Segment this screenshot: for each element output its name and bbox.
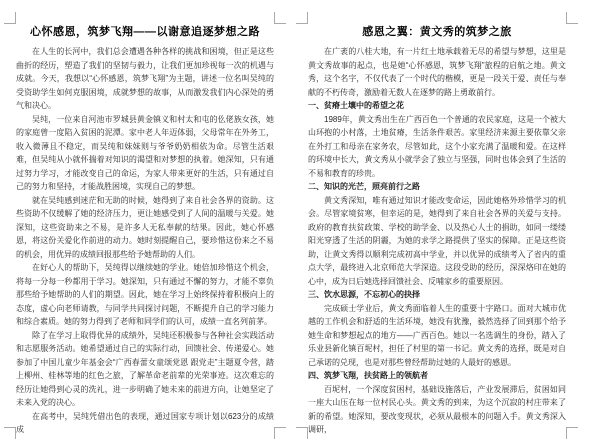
- page-1-body: 在人生的长河中，我们总会遭遇各种各样的挑战和困境，但正是这些曲折的经历，塑造了我…: [16, 45, 274, 437]
- section-heading-2: 二、知识的光芒，照亮前行之路: [308, 180, 566, 194]
- paragraph: 百坭村，一个深度贫困村，基础设施落后，产业发展滞后，贫困如同一座大山压在每一位村…: [308, 383, 566, 437]
- section-heading-3: 三、饮水思源，不忘初心的抉择: [308, 288, 566, 302]
- paragraph: 在好心人的帮助下，吴纯得以继续她的学业。她倍加珍惜这个机会，将每一分每一秒都用于…: [16, 261, 274, 329]
- paragraph: 在广袤的八桂大地，有一片红土地承载着无尽的希望与梦想，这里是黄文秀故事的起点，也…: [308, 45, 566, 99]
- paragraph: 除了在学习上取得优异的成绩外，吴纯还积极参与各种社会实践活动和志愿服务活动。她希…: [16, 329, 274, 410]
- paragraph: 完成硕士学业后，黄文秀面临着人生的重要十字路口。面对大城市优越的工作机会和舒适的…: [308, 302, 566, 370]
- document-canvas: { "left_page": { "title": "心怀感恩，筑梦飞翔——以谢…: [0, 0, 600, 448]
- page-2: 感恩之翼：黄文秀的筑梦之旅 在广袤的八桂大地，有一片红土地承载着无尽的希望与梦想…: [308, 24, 566, 426]
- paragraph: 黄文秀深知，唯有通过知识才能改变命运，因此她格外珍惜学习的机会。尽管家境贫寒，但…: [308, 194, 566, 289]
- page-1-title: 心怀感恩，筑梦飞翔——以谢意追逐梦想之路: [16, 24, 274, 40]
- paragraph: 在人生的长河中，我们总会遭遇各种各样的挑战和困境，但正是这些曲折的经历，塑造了我…: [16, 45, 274, 113]
- page-1: 心怀感恩，筑梦飞翔——以谢意追逐梦想之路 在人生的长河中，我们总会遭遇各种各样的…: [16, 24, 274, 426]
- paragraph: 在高考中，吴纯凭借出色的表现，通过国家专项计划以623分的成绩成: [16, 410, 274, 437]
- margin-mark-top-left-icon: [4, 12, 16, 24]
- margin-mark-top-right-icon: [274, 12, 286, 24]
- page-2-body: 在广袤的八桂大地，有一片红土地承载着无尽的希望与梦想，这里是黄文秀故事的起点，也…: [308, 45, 566, 437]
- section-heading-4: 四、筑梦飞翔，扶贫路上的领航者: [308, 369, 566, 383]
- margin-mark-top-left-icon: [296, 12, 308, 24]
- paragraph: 吴纯，一位来自河池市罗城县黄金镇义和村太和屯的仫佬族女孩，她的家庭曾一度陷入贫困…: [16, 113, 274, 194]
- margin-mark-bottom-left-icon: [296, 427, 308, 439]
- paragraph: 就在吴纯感到迷茫和无助的时候，她得到了来自社会各界的资助。这些资助不仅缓解了她的…: [16, 194, 274, 262]
- margin-mark-bottom-right-icon: [566, 427, 578, 439]
- margin-mark-bottom-right-icon: [274, 427, 286, 439]
- paragraph: 1989年，黄文秀出生在广西百色一个普通的农民家庭，这是一个被大山环抱的小村落，…: [308, 113, 566, 181]
- margin-mark-top-right-icon: [566, 12, 578, 24]
- section-heading-1: 一、贫瘠土壤中的希望之花: [308, 99, 566, 113]
- page-2-title: 感恩之翼：黄文秀的筑梦之旅: [308, 24, 566, 40]
- margin-mark-bottom-left-icon: [4, 427, 16, 439]
